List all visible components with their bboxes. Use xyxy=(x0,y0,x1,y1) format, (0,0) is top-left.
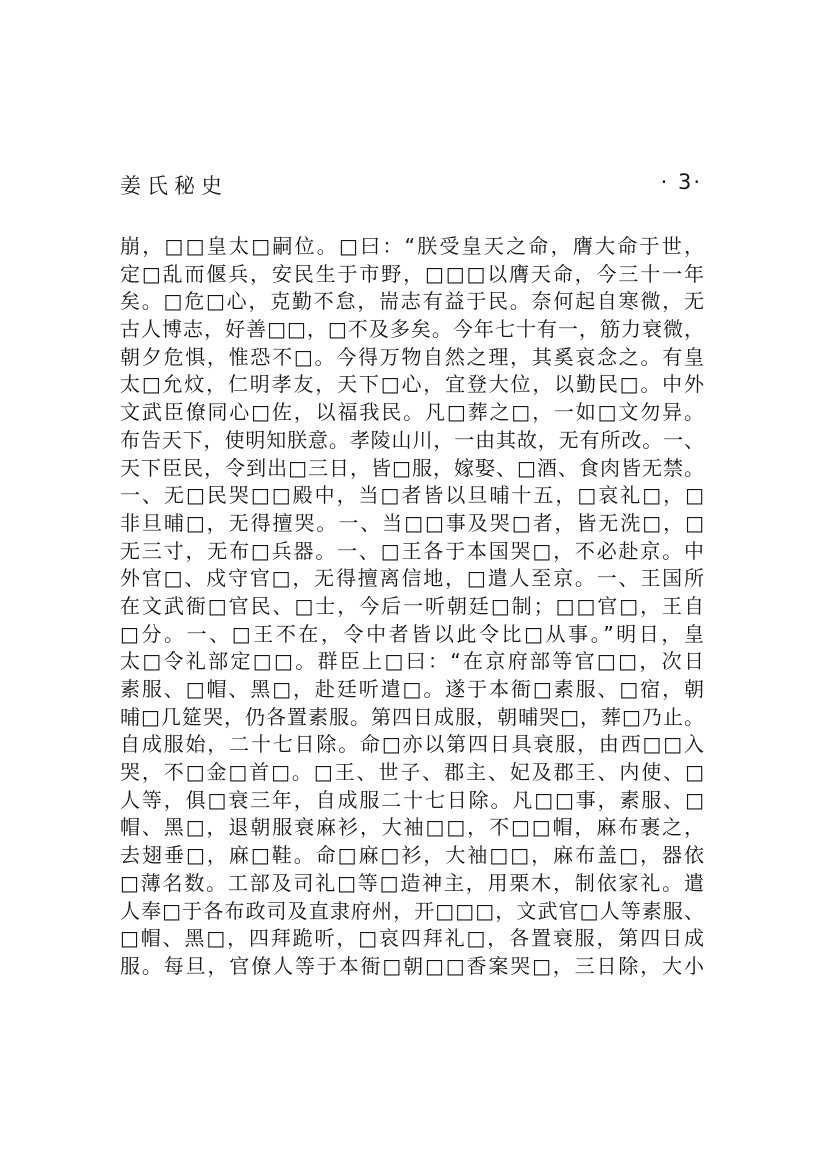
running-title: 姜氏秘史 xyxy=(120,170,228,200)
text-line: 帽、黑□，退朝服衰麻衫，大袖□□，不□□帽，麻布裹之， xyxy=(120,814,704,842)
text-line: □帽、黑□，四拜跪听，□哀四拜礼□，各置衰服，第四日成 xyxy=(120,925,704,953)
text-line: 人等，俱□衰三年，自成服二十七日除。凡□□事，素服、□ xyxy=(120,787,704,815)
text-line: 外官□、戍守官□，无得擅离信地，□遣人至京。一、王国所 xyxy=(120,565,704,593)
text-line: 晡□几筵哭，仍各置素服。第四日成服，朝晡哭□，葬□乃止。 xyxy=(120,704,704,732)
text-line: 文武臣僚同心□佐，以福我民。凡□葬之□，一如□文勿异。 xyxy=(120,399,704,427)
text-line: 矣。□危□心，克勤不怠，耑志有益于民。奈何起自寒微，无 xyxy=(120,288,704,316)
text-line: 太□允炆，仁明孝友，天下□心，宜登大位，以勤民□。中外 xyxy=(120,371,704,399)
page-header: 姜氏秘史 · 3· xyxy=(120,170,702,196)
body-text: 崩，□□皇太□嗣位。□曰：“朕受皇天之命，膺大命于世， 定□乱而偃兵，安民生于市… xyxy=(120,233,704,981)
text-line: 布告天下，使明知朕意。孝陵山川，一由其故，无有所改。一、 xyxy=(120,427,704,455)
text-line: 非旦晡□，无得擅哭。一、当□□事及哭□者，皆无洗□，□ xyxy=(120,510,704,538)
text-line: 天下臣民，令到出□三日，皆□服，嫁娶、□酒、食肉皆无禁。 xyxy=(120,455,704,483)
text-line: 去翅垂□，麻□鞋。命□麻□衫，大袖□□，麻布盖□，器依 xyxy=(120,842,704,870)
text-line: 素服、□帽、黑□，赴廷听遣□。遂于本衙□素服、□宿，朝 xyxy=(120,676,704,704)
text-line: □分。一、□王不在，令中者皆以此令比□从事。”明日，皇 xyxy=(120,621,704,649)
text-line: 古人博志，好善□□，□不及多矣。今年七十有一，筋力衰微， xyxy=(120,316,704,344)
text-line: 崩，□□皇太□嗣位。□曰：“朕受皇天之命，膺大命于世， xyxy=(120,233,704,261)
document-page: 姜氏秘史 · 3· 崩，□□皇太□嗣位。□曰：“朕受皇天之命，膺大命于世， 定□… xyxy=(0,0,822,1150)
text-line: 太□令礼部定□□。群臣上□曰：“在京府部等官□□，次日 xyxy=(120,648,704,676)
text-line: □薄名数。工部及司礼□等□造神主，用栗木，制依家礼。遣 xyxy=(120,870,704,898)
text-line: 服。每旦，官僚人等于本衙□朝□□香案哭□，三日除，大小 xyxy=(120,953,704,981)
text-line: 一、无□民哭□□殿中，当□者皆以旦晡十五，□哀礼□，□ xyxy=(120,482,704,510)
text-line: 无三寸，无布□兵器。一、□王各于本国哭□，不必赴京。中 xyxy=(120,538,704,566)
text-line: 朝夕危惧，惟恐不□。今得万物自然之理，其奚哀念之。有皇 xyxy=(120,344,704,372)
text-line: 在文武衙□官民、□士，今后一听朝廷□制；□□官□，王自 xyxy=(120,593,704,621)
text-line: 定□乱而偃兵，安民生于市野，□□□以膺天命，今三十一年 xyxy=(120,261,704,289)
text-line: 人奉□于各布政司及直隶府州，开□□□，文武官□人等素服、 xyxy=(120,898,704,926)
page-number: · 3· xyxy=(661,170,702,194)
text-line: 哭，不□金□首□。□王、世子、郡主、妃及郡王、内使、□ xyxy=(120,759,704,787)
text-line: 自成服始，二十七日除。命□亦以第四日具衰服，由西□□入 xyxy=(120,731,704,759)
